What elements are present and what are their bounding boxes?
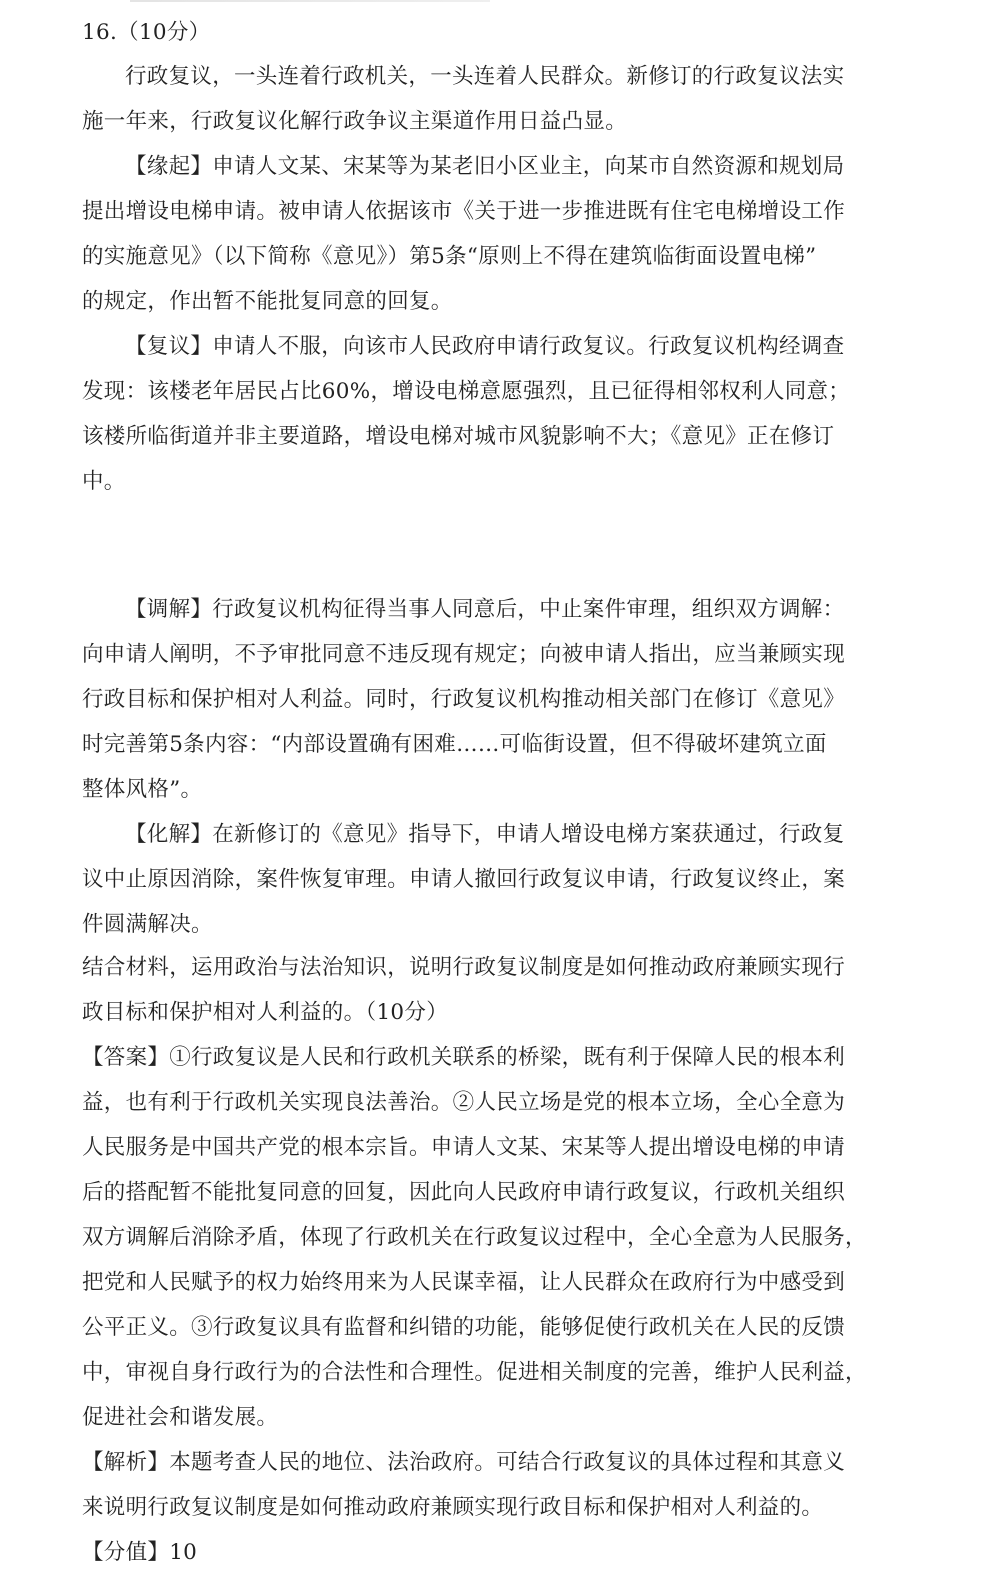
analysis-tag: 【解析】: [82, 1450, 169, 1475]
answer-line: 后的搭配暂不能批复同意的回复，因此向人民政府申请行政复议，行政机关组织: [82, 1178, 845, 1208]
section-tag: 【缘起】: [125, 154, 212, 179]
section-text: 申请人不服，向该市人民政府申请行政复议。行政复议机构经调查: [212, 334, 844, 359]
section-mediation-line: 【调解】行政复议机构征得当事人同意后，中止案件审理，组织双方调解：: [125, 595, 844, 625]
answer-line: 【答案】①行政复议是人民和行政机关联系的桥梁，既有利于保障人民的根本利: [82, 1043, 845, 1073]
intro-line: 施一年来，行政复议化解行政争议主渠道作用日益凸显。: [82, 107, 627, 137]
answer-line: 中，审视自身行政行为的合法性和合理性。促进相关制度的完善，维护人民利益，: [82, 1358, 867, 1388]
section-origin-line: 的规定，作出暂不能批复同意的回复。: [82, 287, 453, 317]
answer-text: ①行政复议是人民和行政机关联系的桥梁，既有利于保障人民的根本利: [169, 1045, 845, 1070]
section-resolution-line: 议中止原因消除，案件恢复审理。申请人撤回行政复议申请，行政复议终止，案: [82, 865, 845, 895]
answer-line: 益，也有利于行政机关实现良法善治。②人民立场是党的根本立场，全心全意为: [82, 1088, 845, 1118]
section-mediation-line: 行政目标和保护相对人利益。同时，行政复议机构推动相关部门在修订《意见》: [82, 685, 845, 715]
score-value: 10: [169, 1540, 197, 1565]
answer-line: 促进社会和谐发展。: [82, 1403, 278, 1433]
section-origin-line: 提出增设电梯申请。被申请人依据该市《关于进一步推进既有住宅电梯增设工作: [82, 197, 845, 227]
section-review-line: 发现：该楼老年居民占比60%，增设电梯意愿强烈，且已征得相邻权利人同意；: [82, 377, 850, 407]
score-tag: 【分值】: [82, 1540, 169, 1565]
section-review-line: 中。: [82, 467, 126, 497]
section-text: 申请人文某、宋某等为某老旧小区业主，向某市自然资源和规划局: [212, 154, 844, 179]
analysis-line: 来说明行政复议制度是如何推动政府兼顾实现行政目标和保护相对人利益的。: [82, 1493, 823, 1523]
section-mediation-line: 向申请人阐明，不予审批同意不违反现有规定；向被申请人指出，应当兼顾实现: [82, 640, 845, 670]
intro-line: 行政复议，一头连着行政机关，一头连着人民群众。新修订的行政复议法实: [125, 62, 844, 92]
section-resolution-line: 【化解】在新修订的《意见》指导下，申请人增设电梯方案获通过，行政复: [125, 820, 844, 850]
section-text: 行政复议机构征得当事人同意后，中止案件审理，组织双方调解：: [212, 597, 844, 622]
section-tag: 【复议】: [125, 334, 212, 359]
analysis-line: 【解析】本题考查人民的地位、法治政府。可结合行政复议的具体过程和其意义: [82, 1448, 845, 1478]
section-tag: 【调解】: [125, 597, 212, 622]
section-resolution-line: 件圆满解决。: [82, 910, 213, 940]
section-mediation-line: 时完善第5条内容：“内部设置确有困难……可临街设置，但不得破坏建筑立面: [82, 730, 827, 760]
section-origin-line: 【缘起】申请人文某、宋某等为某老旧小区业主，向某市自然资源和规划局: [125, 152, 844, 182]
section-text: 在新修订的《意见》指导下，申请人增设电梯方案获通过，行政复: [212, 822, 844, 847]
score-line: 【分值】10: [82, 1538, 197, 1568]
section-origin-line: 的实施意见》（以下简称《意见》）第5条“原则上不得在建筑临街面设置电梯”: [82, 242, 816, 272]
answer-line: 人民服务是中国共产党的根本宗旨。申请人文某、宋某等人提出增设电梯的申请: [82, 1133, 845, 1163]
question-prompt-line: 结合材料，运用政治与法治知识，说明行政复议制度是如何推动政府兼顾实现行: [82, 953, 845, 983]
section-mediation-line: 整体风格”。: [82, 775, 202, 805]
cropped-previous-line: [130, 0, 490, 2]
question-number: 16.（10分）: [82, 18, 210, 48]
analysis-text: 本题考查人民的地位、法治政府。可结合行政复议的具体过程和其意义: [169, 1450, 845, 1475]
answer-line: 公平正义。③行政复议具有监督和纠错的功能，能够促使行政机关在人民的反馈: [82, 1313, 845, 1343]
answer-line: 双方调解后消除矛盾，体现了行政机关在行政复议过程中，全心全意为人民服务，: [82, 1223, 867, 1253]
section-tag: 【化解】: [125, 822, 212, 847]
section-review-line: 【复议】申请人不服，向该市人民政府申请行政复议。行政复议机构经调查: [125, 332, 844, 362]
question-prompt-line: 政目标和保护相对人利益的。（10分）: [82, 998, 448, 1028]
answer-line: 把党和人民赋予的权力始终用来为人民谋幸福，让人民群众在政府行为中感受到: [82, 1268, 845, 1298]
section-review-line: 该楼所临街道并非主要道路，增设电梯对城市风貌影响不大；《意见》正在修订: [82, 422, 834, 452]
answer-tag: 【答案】: [82, 1045, 169, 1070]
